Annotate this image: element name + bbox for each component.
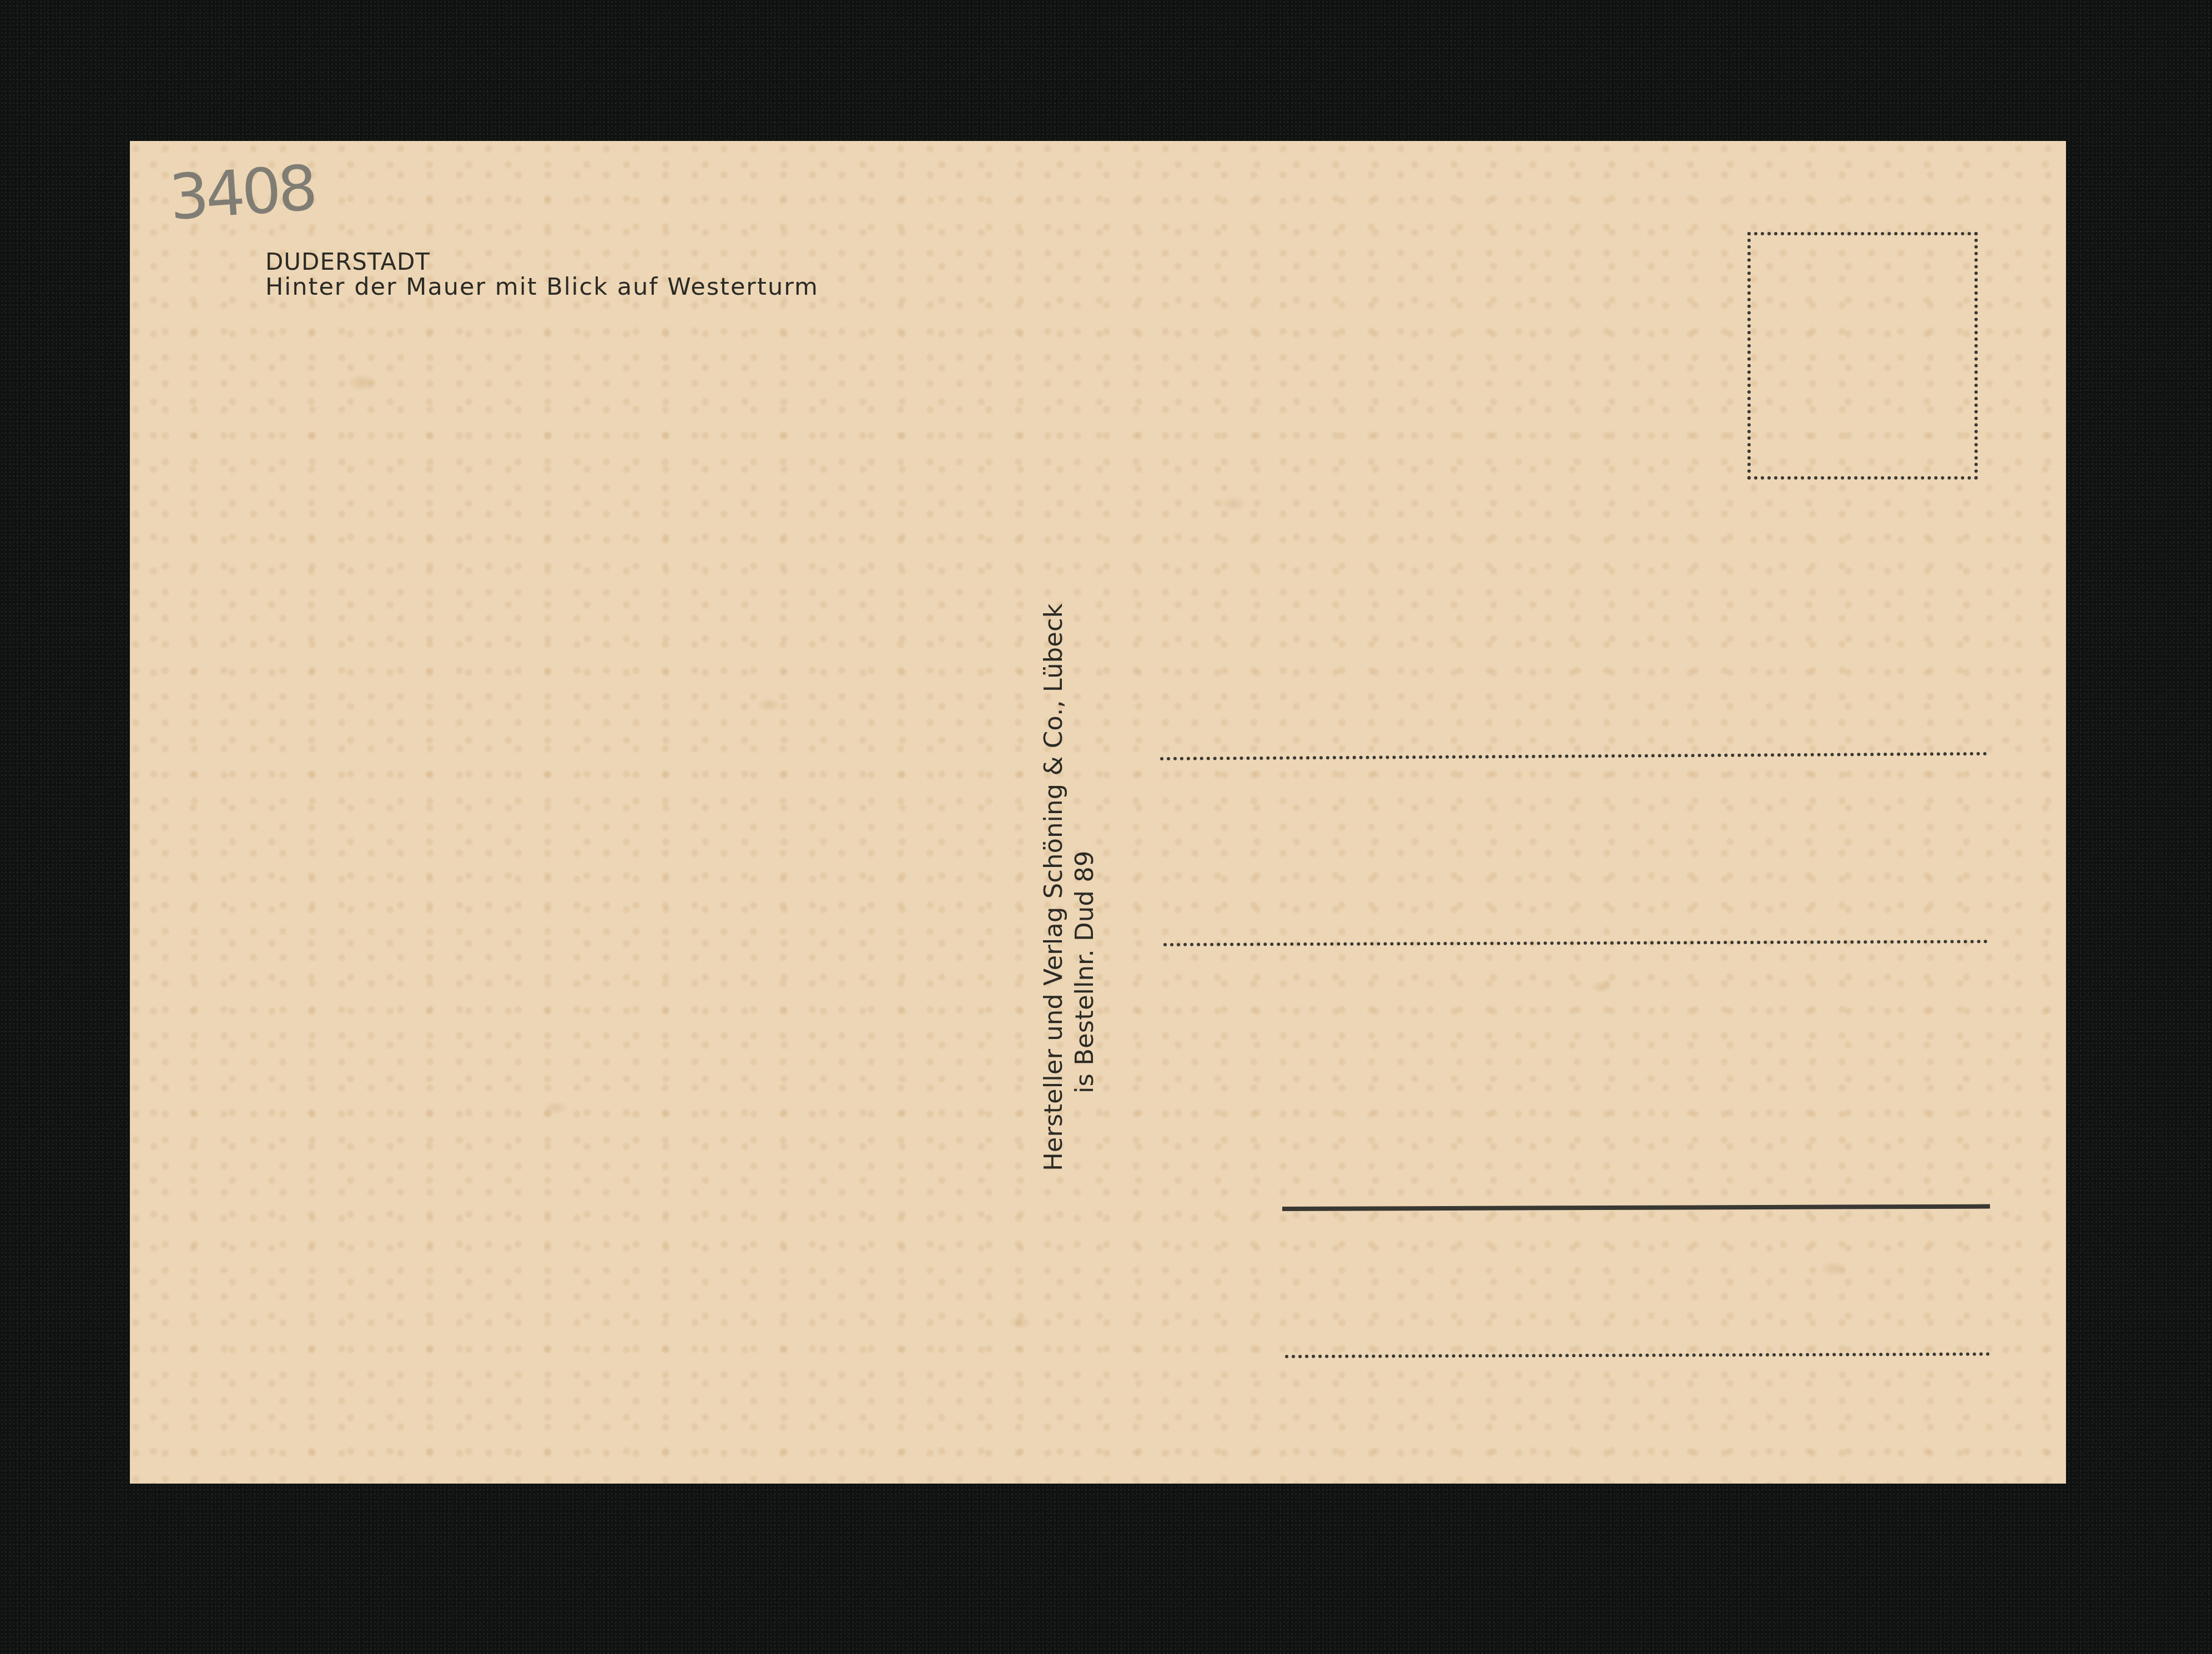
publisher-line-1: Hersteller und Verlag Schöning & Co., Lü… — [1038, 603, 1069, 1171]
archive-number-handwritten: 3408 — [167, 152, 316, 234]
stamp-placement-box — [1747, 232, 1978, 480]
caption-title: DUDERSTADT — [265, 248, 430, 275]
caption-subtitle: Hinter der Mauer mit Blick auf Westertur… — [265, 273, 819, 301]
publisher-line-2: is Bestellnr. Dud 89 — [1069, 603, 1100, 1171]
publisher-imprint: Hersteller und Verlag Schöning & Co., Lü… — [1038, 603, 1100, 1171]
